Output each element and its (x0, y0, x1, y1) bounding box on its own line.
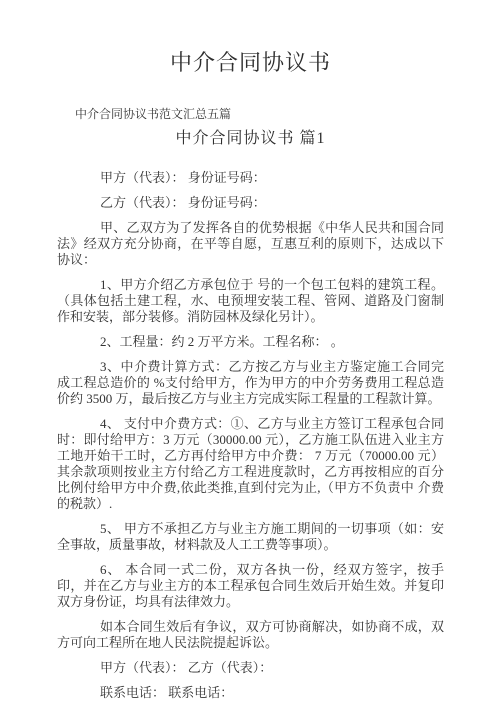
paragraph: 3、中介费计算方式：乙方按乙方与业主方鉴定施工合同完成工程总造价的 %支付给甲方… (57, 359, 444, 407)
paragraph-list: 甲方（代表）： 身份证号码：乙方（代表）： 身份证号码：甲、乙双方为了发挥各自的… (57, 170, 444, 701)
paragraph: 联系电话： 联系电话： (57, 685, 444, 701)
paragraph: 4、 支付中介费方式：①、乙方与业主方签订工程承包合同时：即付给甲方：3 万元（… (57, 416, 444, 512)
paragraph: 甲方（代表）： 乙方（代表）： (57, 660, 444, 676)
paragraph: 1、甲方介绍乙方承包位于 号的一个包工包料的建筑工程。（具体包括土建工程，水、电… (57, 277, 444, 325)
document-subtitle: 中介合同协议书范文汇总五篇 (75, 107, 444, 121)
paragraph: 2、工程量：约 2 万平方米。工程名称： 。 (57, 334, 444, 350)
paragraph: 甲方（代表）： 身份证号码： (57, 170, 444, 186)
paragraph: 甲、乙双方为了发挥各自的优势根据《中华人民共和国合同法》经双方充分协商，在平等自… (57, 220, 444, 268)
paragraph: 5、 甲方不承担乙方与业主方施工期间的一切事项（如：安全事故，质量事故，材料款及… (57, 521, 444, 553)
document-page: 中介合同协议书 中介合同协议书范文汇总五篇 中介合同协议书 篇1 甲方（代表）：… (0, 0, 500, 707)
paragraph: 乙方（代表）： 身份证号码： (57, 195, 444, 211)
paragraph: 6、 本合同一式二份，双方各执一份，经双方签字，按手印，并在乙方与业主方的本工程… (57, 562, 444, 610)
paragraph: 如本合同生效后有争议，双方可协商解决，如协商不成，双方可向工程所在地人民法院提起… (57, 619, 444, 651)
document-title: 中介合同协议书 (57, 50, 444, 76)
section-heading: 中介合同协议书 篇1 (57, 130, 444, 148)
